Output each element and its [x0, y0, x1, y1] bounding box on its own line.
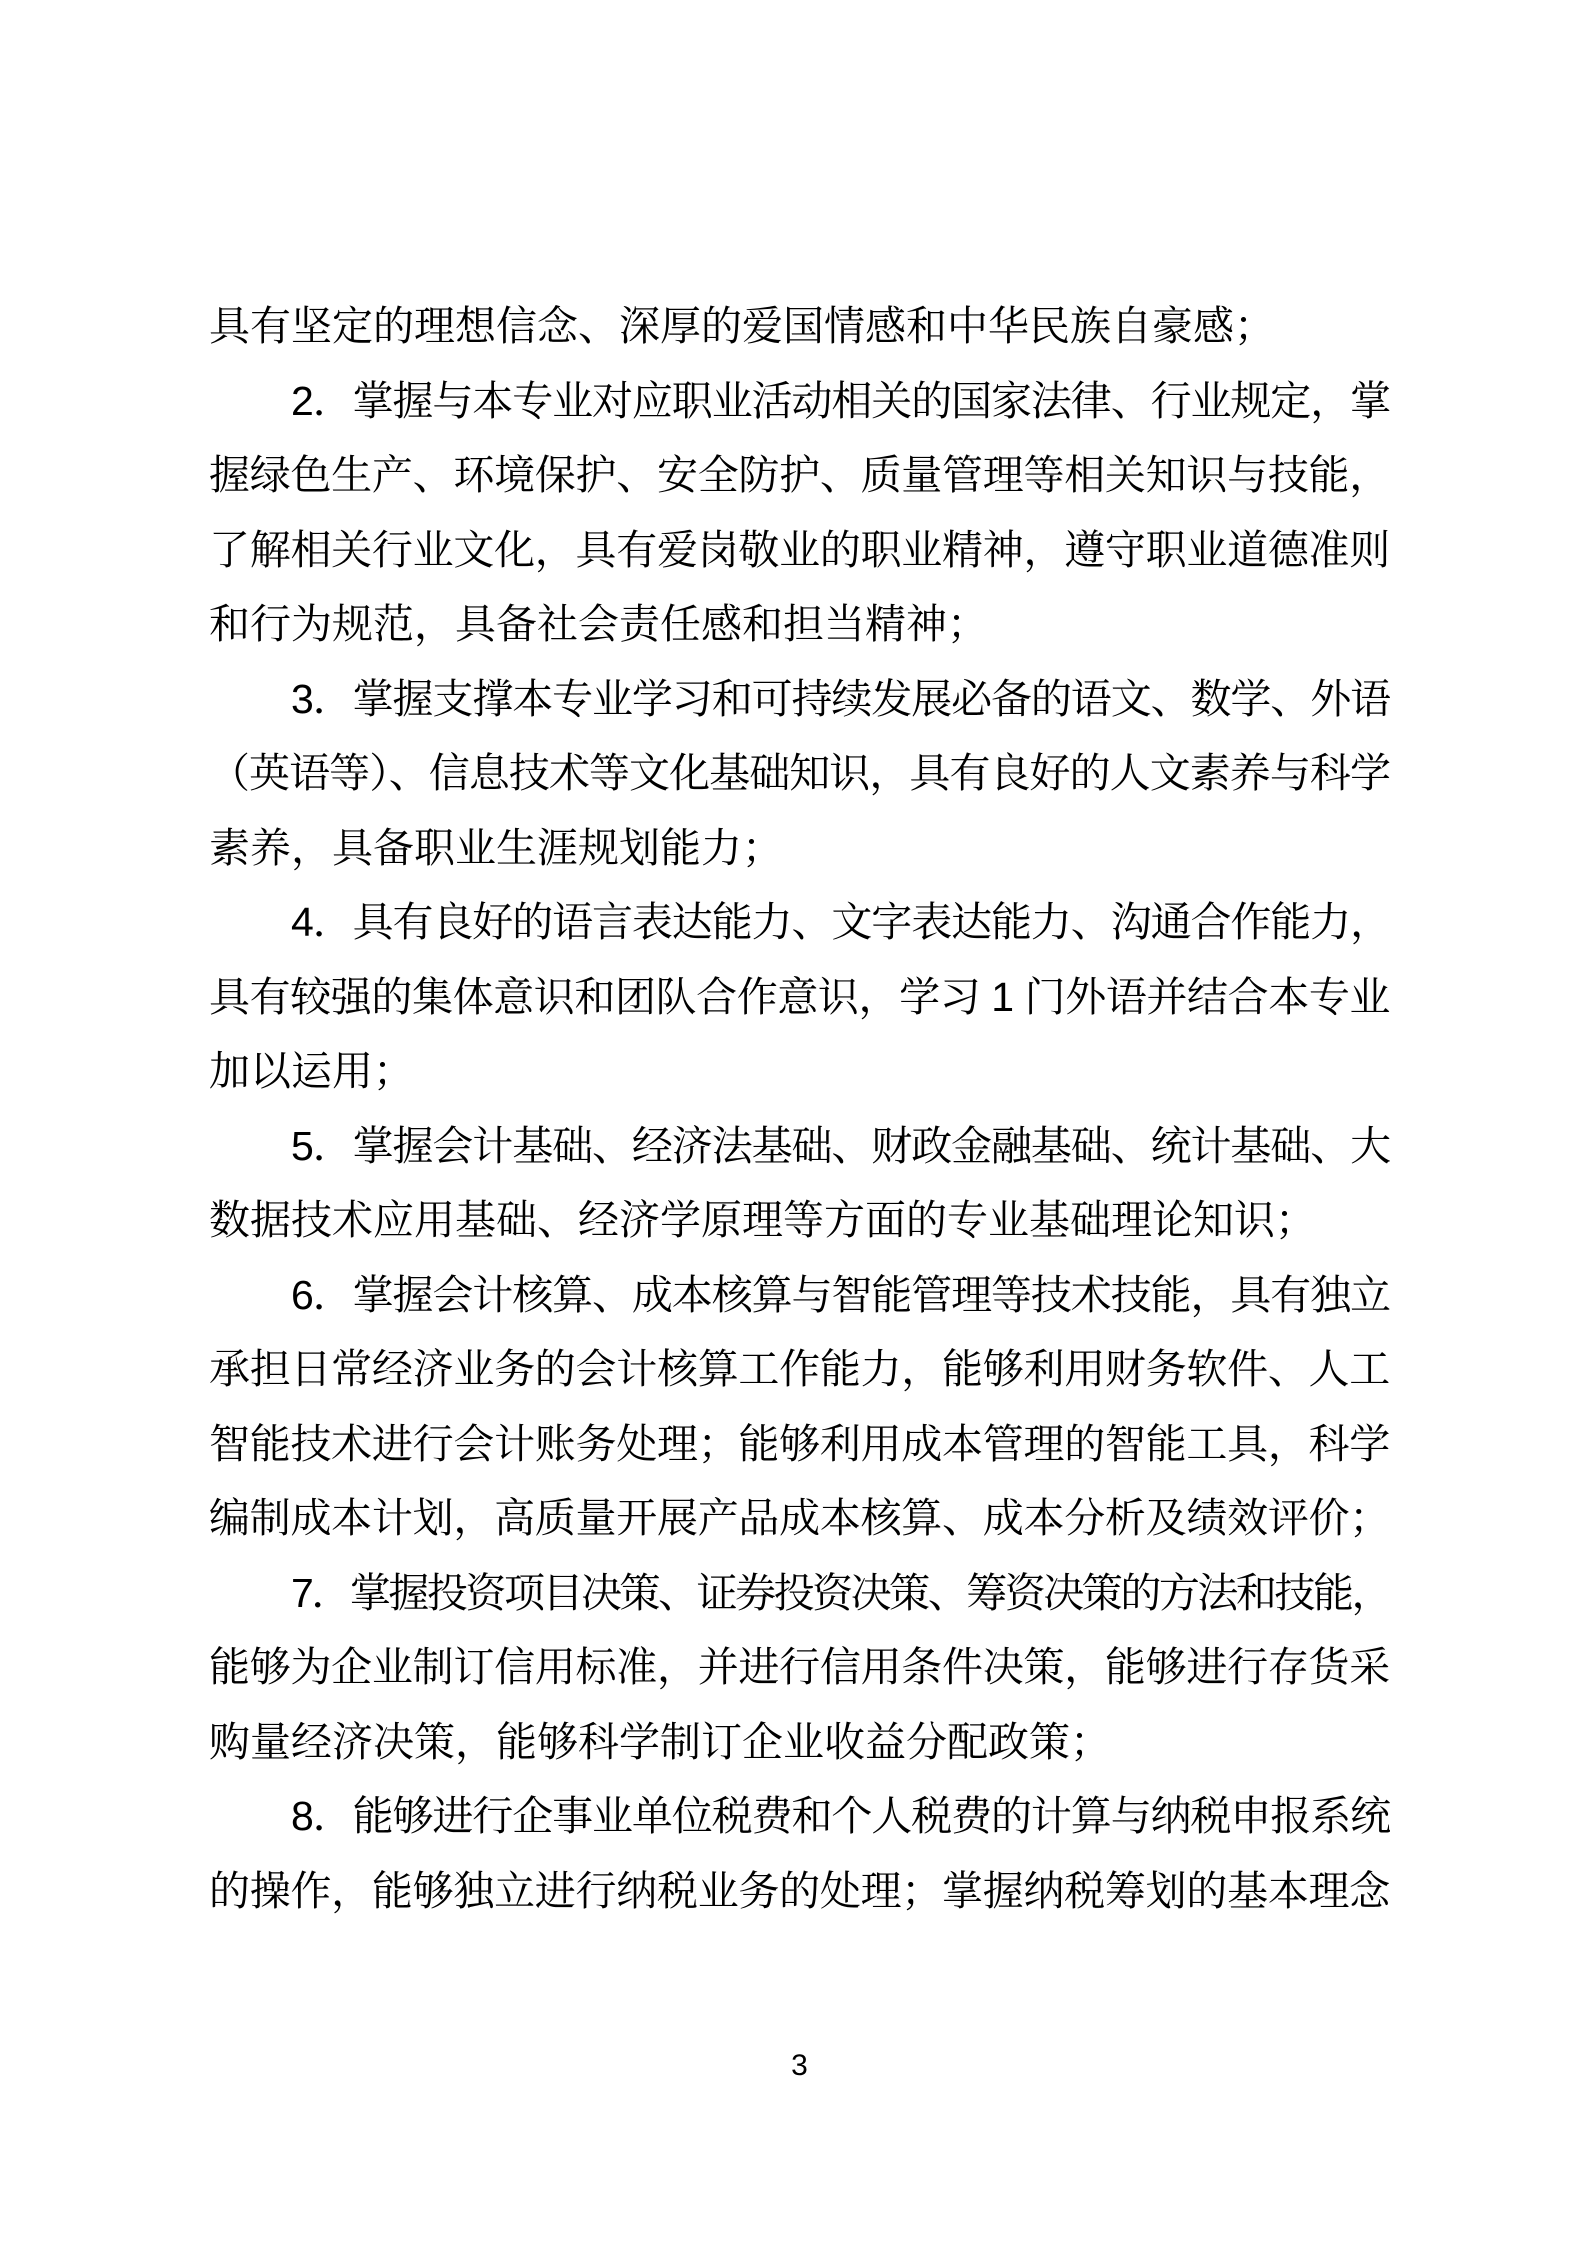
- paragraph: 4．具有良好的语言表达能力、文字表达能力、沟通合作能力，具有较强的集体意识和团队…: [209, 885, 1390, 1109]
- text-line: （英语等）、信息技术等文化基础知识，具有良好的人文素养与科学: [209, 736, 1390, 811]
- text-line: 7．掌握投资项目决策、证券投资决策、筹资决策的方法和技能，: [209, 1556, 1390, 1631]
- text-line: 智能技术进行会计账务处理；能够利用成本管理的智能工具，科学: [209, 1407, 1390, 1482]
- text-line: 6．掌握会计核算、成本核算与智能管理等技术技能，具有独立: [209, 1258, 1390, 1333]
- paragraph: 2．掌握与本专业对应职业活动相关的国家法律、行业规定，掌握绿色生产、环境保护、安…: [209, 364, 1390, 662]
- paragraph: 具有坚定的理想信念、深厚的爱国情感和中华民族自豪感；: [209, 289, 1390, 364]
- text-line: 的操作，能够独立进行纳税业务的处理；掌握纳税筹划的基本理念: [209, 1854, 1390, 1929]
- paragraph: 6．掌握会计核算、成本核算与智能管理等技术技能，具有独立承担日常经济业务的会计核…: [209, 1258, 1390, 1556]
- text-line: 了解相关行业文化，具有爱岗敬业的职业精神，遵守职业道德准则: [209, 513, 1390, 588]
- text-line: 加以运用；: [209, 1034, 1390, 1109]
- paragraph: 5．掌握会计基础、经济法基础、财政金融基础、统计基础、大数据技术应用基础、经济学…: [209, 1109, 1390, 1258]
- text-line: 数据技术应用基础、经济学原理等方面的专业基础理论知识；: [209, 1183, 1390, 1258]
- paragraph: 7．掌握投资项目决策、证券投资决策、筹资决策的方法和技能，能够为企业制订信用标准…: [209, 1556, 1390, 1780]
- text-line: 购量经济决策，能够科学制订企业收益分配政策；: [209, 1705, 1390, 1780]
- text-line: 5．掌握会计基础、经济法基础、财政金融基础、统计基础、大: [209, 1109, 1390, 1184]
- text-line: 编制成本计划，高质量开展产品成本核算、成本分析及绩效评价；: [209, 1481, 1390, 1556]
- text-line: 3．掌握支撑本专业学习和可持续发展必备的语文、数学、外语: [209, 662, 1390, 737]
- text-line: 能够为企业制订信用标准，并进行信用条件决策，能够进行存货采: [209, 1630, 1390, 1705]
- page-number: 3: [209, 2048, 1390, 2084]
- text-line: 8．能够进行企事业单位税费和个人税费的计算与纳税申报系统: [209, 1779, 1390, 1854]
- document-page: 具有坚定的理想信念、深厚的爱国情感和中华民族自豪感；2．掌握与本专业对应职业活动…: [0, 0, 1588, 2245]
- text-line: 具有较强的集体意识和团队合作意识，学习 1 门外语并结合本专业: [209, 960, 1390, 1035]
- text-line: 和行为规范，具备社会责任感和担当精神；: [209, 587, 1390, 662]
- text-line: 4．具有良好的语言表达能力、文字表达能力、沟通合作能力，: [209, 885, 1390, 960]
- text-line: 2．掌握与本专业对应职业活动相关的国家法律、行业规定，掌: [209, 364, 1390, 439]
- paragraph: 3．掌握支撑本专业学习和可持续发展必备的语文、数学、外语（英语等）、信息技术等文…: [209, 662, 1390, 886]
- text-line: 握绿色生产、环境保护、安全防护、质量管理等相关知识与技能，: [209, 438, 1390, 513]
- text-line: 承担日常经济业务的会计核算工作能力，能够利用财务软件、人工: [209, 1332, 1390, 1407]
- document-body: 具有坚定的理想信念、深厚的爱国情感和中华民族自豪感；2．掌握与本专业对应职业活动…: [209, 289, 1390, 1928]
- text-line: 素养，具备职业生涯规划能力；: [209, 811, 1390, 886]
- text-line: 具有坚定的理想信念、深厚的爱国情感和中华民族自豪感；: [209, 289, 1390, 364]
- paragraph: 8．能够进行企事业单位税费和个人税费的计算与纳税申报系统的操作，能够独立进行纳税…: [209, 1779, 1390, 1928]
